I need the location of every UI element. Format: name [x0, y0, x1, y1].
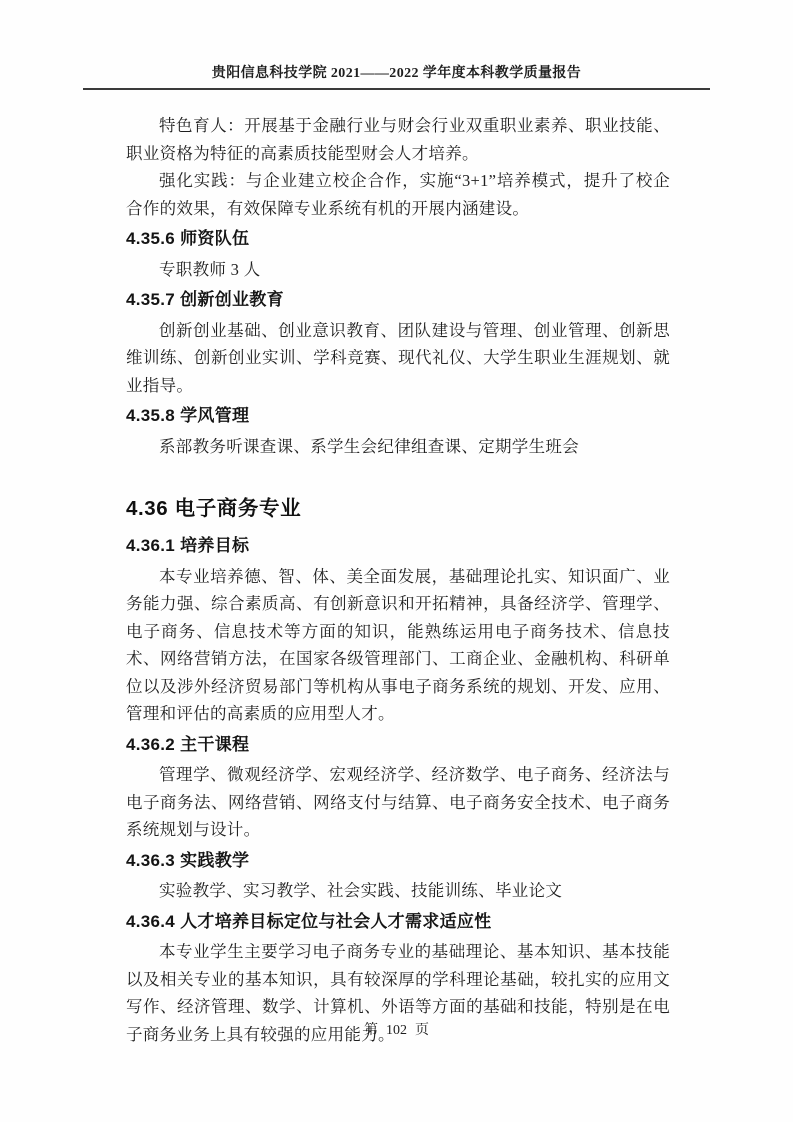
paragraph-characteristic-education: 特色育人：开展基于金融行业与财会行业双重职业素养、职业技能、职业资格为特征的高素…	[126, 112, 670, 167]
heading-4-35-6-faculty: 4.35.6 师资队伍	[126, 225, 670, 253]
document-content: 特色育人：开展基于金融行业与财会行业双重职业素养、职业技能、职业资格为特征的高素…	[126, 112, 670, 1048]
paragraph-study-style-measures: 系部教务听课查课、系学生会纪律组查课、定期学生班会	[126, 433, 670, 461]
page-footer: 第102页	[0, 1019, 793, 1039]
paragraph-innovation-courses: 创新创业基础、创业意识教育、团队建设与管理、创业管理、创新思维训练、创新创业实训…	[126, 317, 670, 400]
paragraph-practical-teaching: 实验教学、实习教学、社会实践、技能训练、毕业论文	[126, 877, 670, 905]
paragraph-training-objectives: 本专业培养德、智、体、美全面发展，基础理论扎实、知识面广、业务能力强、综合素质高…	[126, 563, 670, 728]
heading-4-36-4-talent-positioning: 4.36.4 人才培养目标定位与社会人才需求适应性	[126, 908, 670, 936]
page-header: 贵阳信息科技学院 2021——2022 学年度本科教学质量报告	[83, 0, 710, 90]
paragraph-faculty-count: 专职教师 3 人	[126, 256, 670, 284]
page-number-prefix: 第	[364, 1023, 378, 1038]
page-header-title: 贵阳信息科技学院 2021——2022 学年度本科教学质量报告	[83, 62, 710, 82]
paragraph-strengthen-practice: 强化实践：与企业建立校企合作，实施“3+1”培养模式，提升了校企合作的效果，有效…	[126, 167, 670, 222]
heading-4-36-1-training-objectives: 4.36.1 培养目标	[126, 532, 670, 560]
heading-4-35-7-innovation-education: 4.35.7 创新创业教育	[126, 286, 670, 314]
heading-4-35-8-study-style: 4.35.8 学风管理	[126, 402, 670, 430]
heading-4-36-3-practical-teaching: 4.36.3 实践教学	[126, 847, 670, 875]
page-number: 102	[386, 1023, 407, 1038]
heading-4-36-ecommerce-major: 4.36 电子商务专业	[126, 494, 670, 524]
paragraph-main-courses: 管理学、微观经济学、宏观经济学、经济数学、电子商务、经济法与电子商务法、网络营销…	[126, 761, 670, 844]
heading-4-36-2-main-courses: 4.36.2 主干课程	[126, 731, 670, 759]
page-number-suffix: 页	[415, 1023, 429, 1038]
document-page: 贵阳信息科技学院 2021——2022 学年度本科教学质量报告 特色育人：开展基…	[0, 0, 793, 1122]
